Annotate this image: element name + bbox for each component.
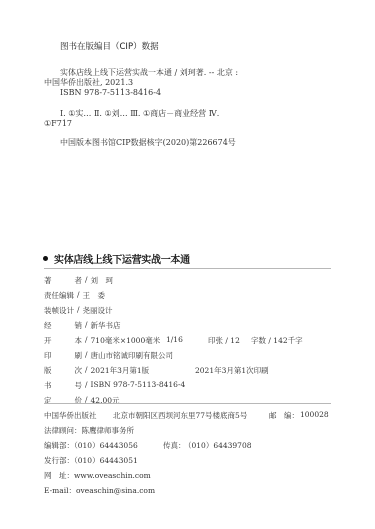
distribution-phone: （010）64443051 <box>74 456 138 465</box>
publisher-address: 北京市朝阳区西坝河东里77号楼底商5号 <box>113 410 247 421</box>
fax-label: 传真： <box>163 440 186 451</box>
legal-advisor: 法律顾问：陈鹰律师事务所 <box>44 425 134 436</box>
fax: （010）64439708 <box>184 440 252 451</box>
editorial-phone: （010）64443056 <box>74 441 138 450</box>
book-title: 实体店线上线下运营实战一本通 <box>54 251 190 266</box>
book-title-row: 实体店线上线下运营实战一本通 <box>43 251 190 266</box>
info-value: 2021年3月第1版 <box>91 365 150 376</box>
email-link[interactable]: oveaschin@sina.com <box>76 486 155 495</box>
printing-info: 2021年3月第1次印刷 <box>195 365 269 376</box>
info-label: 开本 <box>44 335 82 346</box>
postcode: 100028 <box>300 410 329 419</box>
printed-sheets: 印张 / 12 <box>208 335 240 346</box>
cip-heading: 图书在版编目（CIP）数据 <box>60 40 159 52</box>
distribution-label: 发行部： <box>44 456 74 465</box>
info-value: ISBN 978-7-5113-8416-4 <box>91 380 186 391</box>
info-label: 定价 <box>44 395 82 406</box>
info-row-editor: 责任编辑 / 王 委 <box>44 290 105 301</box>
info-value: 尧丽设计 <box>83 305 113 316</box>
info-row-format: 开本 / 710毫米×1000毫米 1/16 印张 / 12 字数 / 142千… <box>44 335 344 346</box>
info-label: 经销 <box>44 320 82 331</box>
info-label: 版次 <box>44 365 82 376</box>
info-label: 责任编辑 <box>44 290 74 301</box>
info-label: 著者 <box>44 275 82 286</box>
info-row-design: 装帧设计 / 尧丽设计 <box>44 305 113 316</box>
title-divider <box>44 268 331 269</box>
website-link[interactable]: www.oveaschin.com <box>74 471 151 480</box>
bullet-icon <box>43 256 48 261</box>
cip-number: 中国版本图书馆CIP数据核字(2020)第226674号 <box>60 137 236 148</box>
distribution-row: 发行部：（010）64443051 <box>44 455 138 466</box>
cip-classification-line2: ①F717 <box>44 119 72 128</box>
editorial-row: 编辑部：（010）64443056 传真： （010）64439708 <box>44 440 344 451</box>
publisher-name: 中国华侨出版社 <box>44 411 97 420</box>
cip-record-line1: 实体店线上线下运营实战一本通 / 刘珂著. -- 北京 : <box>60 68 238 78</box>
word-count: 字数 / 142千字 <box>251 335 303 346</box>
format-size: 1/16 <box>166 335 183 344</box>
cip-record-line3: ISBN 978-7-5113-8416-4 <box>60 88 161 98</box>
info-row-distributor: 经销 / 新华书店 <box>44 320 121 331</box>
info-label: 印刷 <box>44 350 82 361</box>
website-label: 网 址： <box>44 471 74 480</box>
info-value: 王 委 <box>83 290 106 301</box>
info-row-printer: 印刷 / 唐山市铭诚印刷有限公司 <box>44 350 173 361</box>
cip-classification-line1: Ⅰ. ①实… Ⅱ. ①刘… Ⅲ. ①商店－商业经营 Ⅳ. <box>60 108 219 119</box>
info-label: 书号 <box>44 380 82 391</box>
info-row-author: 著者 / 刘 珂 <box>44 275 113 286</box>
info-value: 710毫米×1000毫米 <box>91 335 161 346</box>
publisher-divider <box>44 403 331 404</box>
info-row-edition: 版次 / 2021年3月第1版 2021年3月第1次印刷 <box>44 365 344 376</box>
info-row-isbn: 书号 / ISBN 978-7-5113-8416-4 <box>44 380 185 391</box>
info-value: 新华书店 <box>91 320 121 331</box>
info-label: 装帧设计 <box>44 305 74 316</box>
info-value: 刘 珂 <box>91 275 114 286</box>
info-value: 唐山市铭诚印刷有限公司 <box>91 350 174 361</box>
cip-record-line2: 中国华侨出版社, 2021.3 <box>44 78 133 88</box>
email-label: E-mail： <box>44 486 76 495</box>
website-row: 网 址：www.oveaschin.com <box>44 470 151 481</box>
info-value: 42.00元 <box>91 395 120 406</box>
editorial-label: 编辑部： <box>44 441 74 450</box>
publisher-row: 中国华侨出版社 北京市朝阳区西坝河东里77号楼底商5号 邮 编： 100028 <box>44 410 344 421</box>
email-row: E-mail：oveaschin@sina.com <box>44 485 155 496</box>
postcode-label: 邮 编： <box>269 410 299 421</box>
info-row-price: 定价 / 42.00元 <box>44 395 120 406</box>
